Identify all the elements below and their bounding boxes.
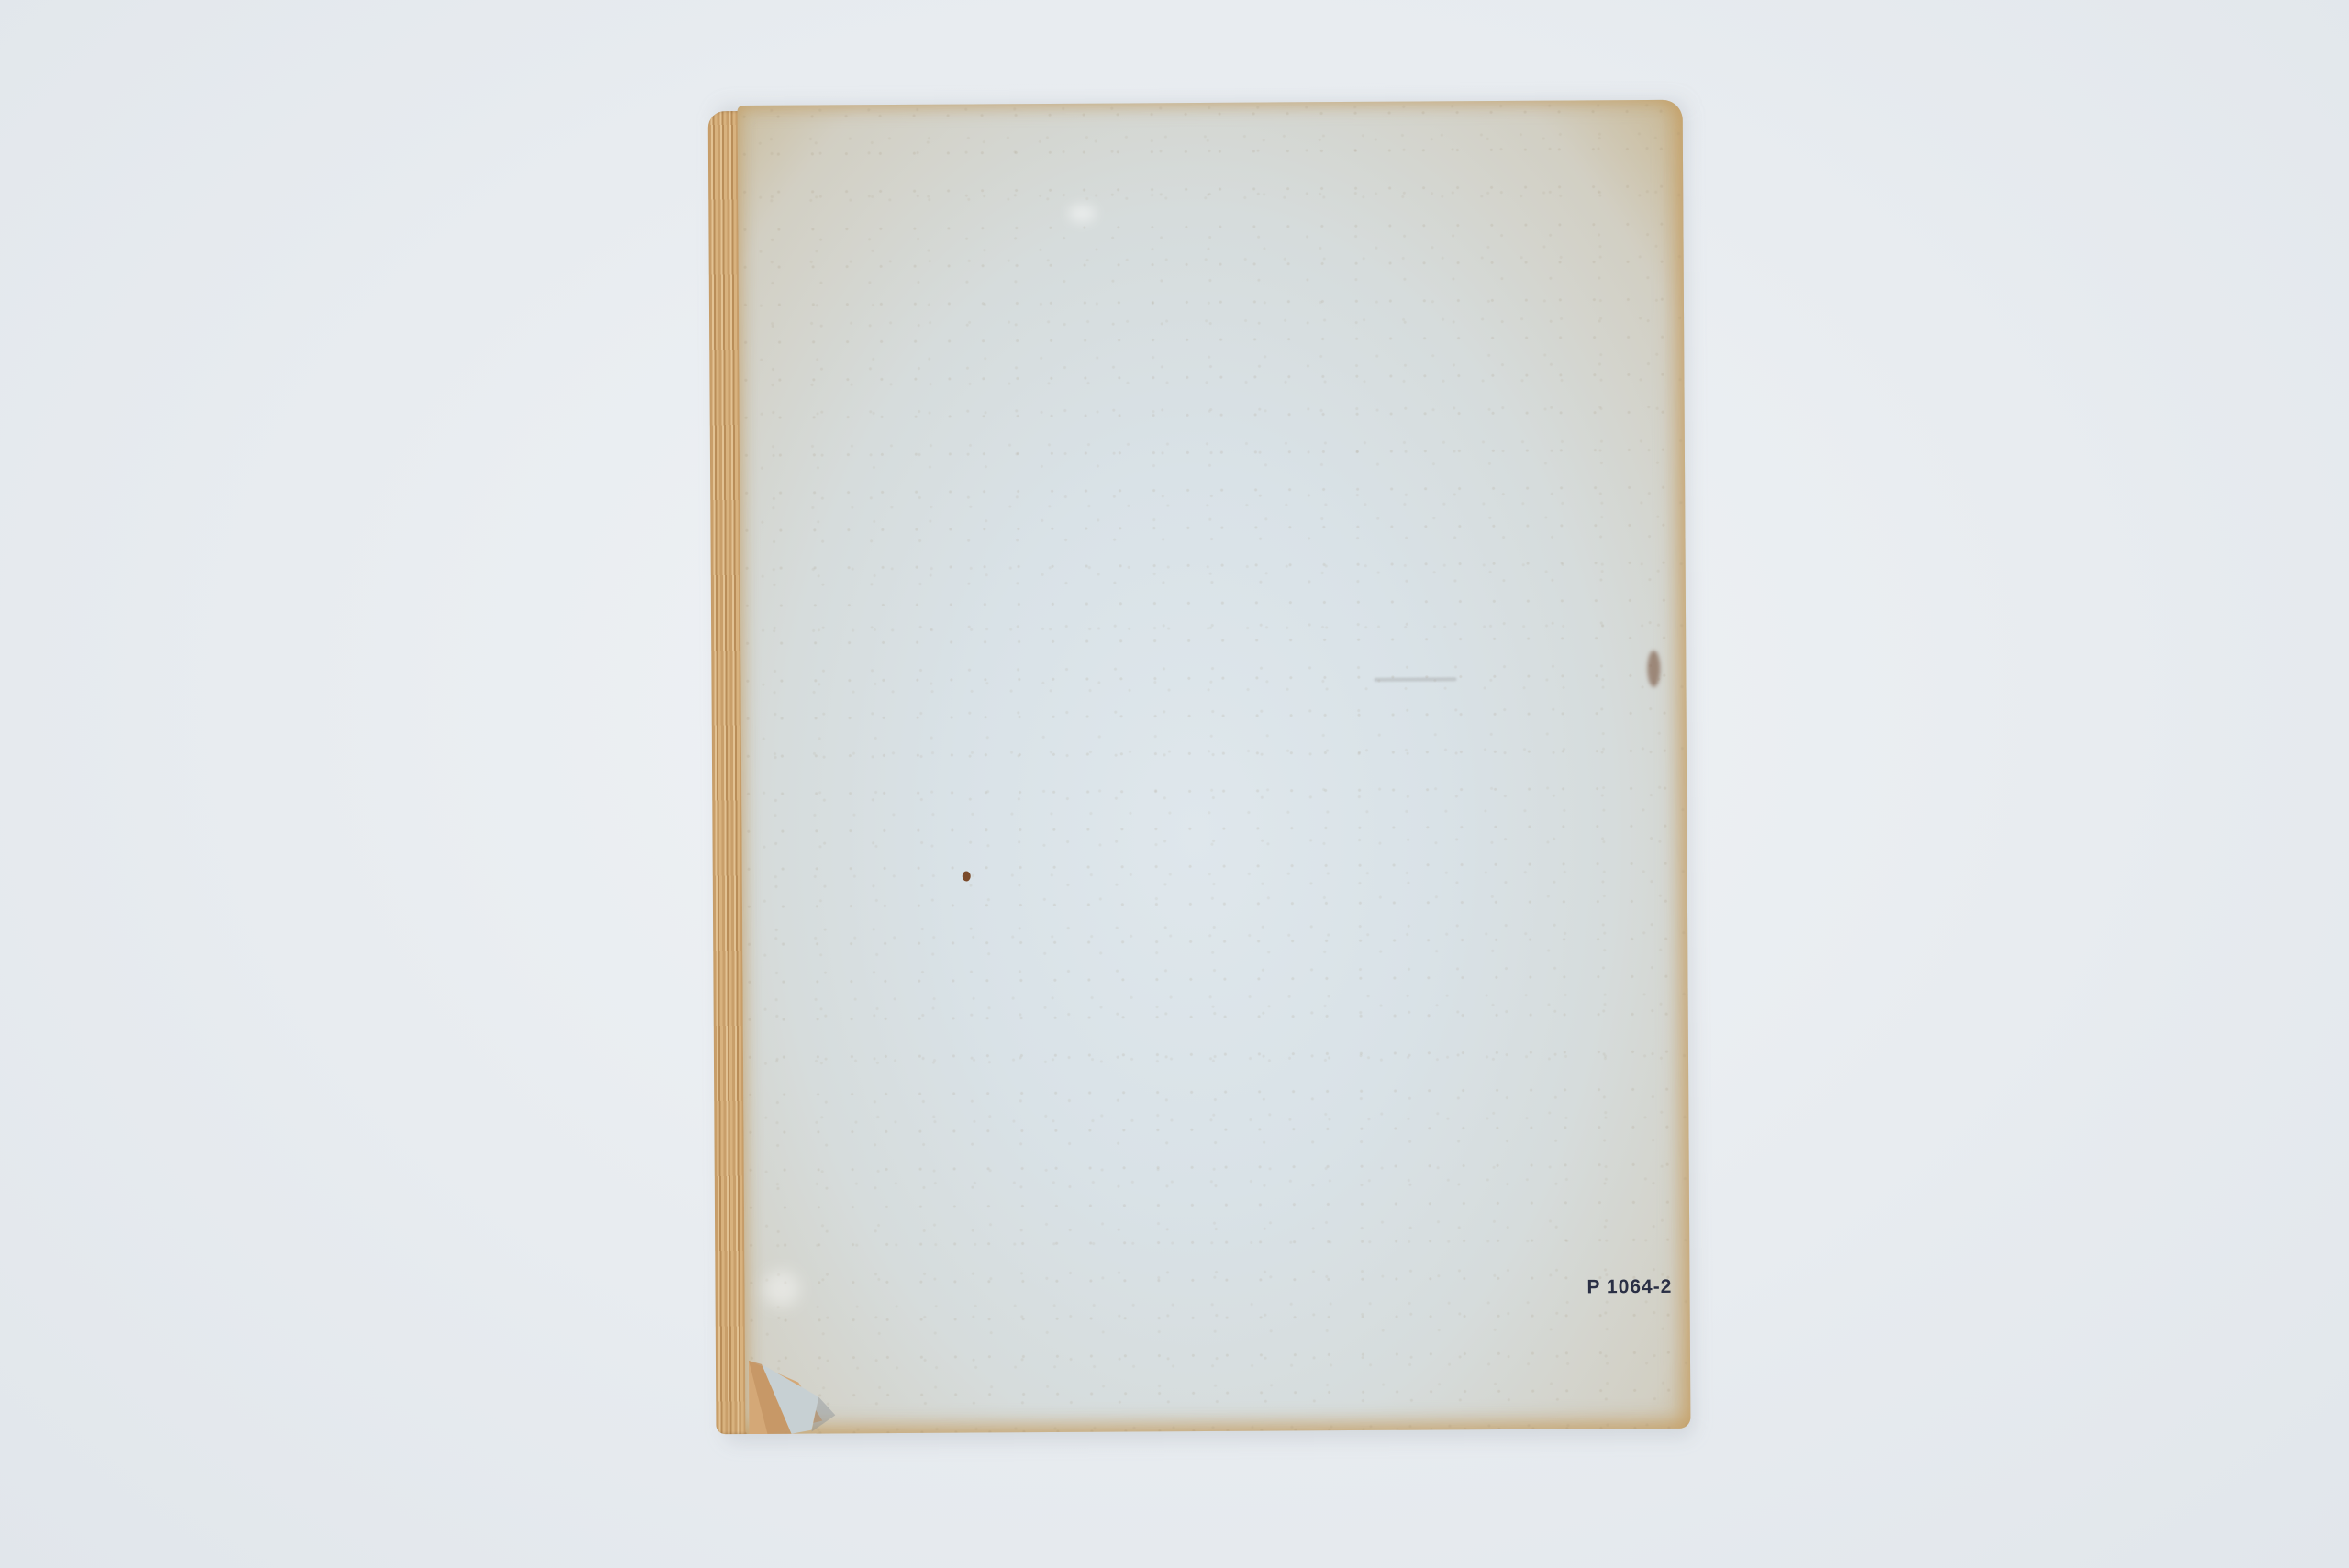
folded-corner — [734, 1319, 836, 1436]
faint-mark — [763, 1271, 799, 1307]
brown-spot — [963, 872, 971, 882]
edge-stain — [1647, 651, 1660, 687]
booklet: P 1064-2 — [708, 87, 1691, 1436]
catalog-code: P 1064-2 — [1586, 1276, 1672, 1299]
back-cover: P 1064-2 — [738, 100, 1691, 1434]
faint-scratch — [1374, 677, 1456, 682]
faint-mark — [1068, 205, 1096, 223]
